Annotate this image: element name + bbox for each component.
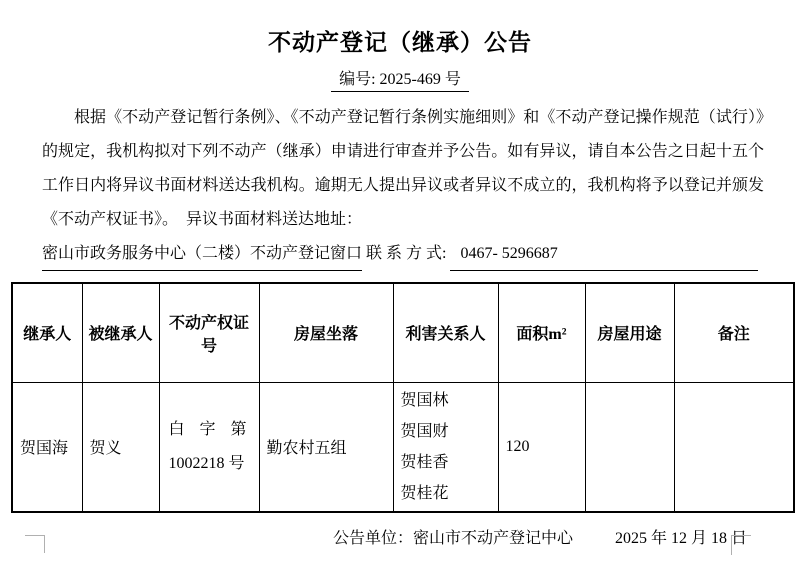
table-row: 贺国海 贺义 白 字 第 1002218 号 勤农村五组 贺国林 贺国财 贺桂香… [12, 382, 794, 512]
cell-interested-parties: 贺国林 贺国财 贺桂香 贺桂花 [393, 382, 498, 512]
cert-no-line2: 1002218 号 [167, 447, 255, 481]
footer-unit-name: 密山市不动产登记中心 [413, 525, 573, 548]
contact-number: 0467- 5296687 [450, 237, 758, 271]
document-page: 不动产登记（继承）公告 编号: 2025-469 号 根据《不动产登记暂行条例》… [0, 24, 800, 548]
cell-usage [585, 382, 674, 512]
address-contact-line: 密山市政务服务中心（二楼）不动产登记窗口 联 系 方 式: 0467- 5296… [42, 237, 758, 271]
announcement-table: 继承人 被继承人 不动产权证号 房屋坐落 利害关系人 面积m² 房屋用途 备注 … [11, 282, 795, 513]
cell-decedent: 贺义 [82, 382, 159, 512]
table-header-row: 继承人 被继承人 不动产权证号 房屋坐落 利害关系人 面积m² 房屋用途 备注 [12, 283, 794, 382]
footer-date: 2025 年 12 月 18 日 [615, 525, 747, 548]
announcement-paragraph: 根据《不动产登记暂行条例》、《不动产登记暂行条例实施细则》和《不动产登记操作规范… [42, 101, 764, 237]
col-header-location: 房屋坐落 [259, 283, 393, 382]
cell-cert-no: 白 字 第 1002218 号 [159, 382, 259, 512]
col-header-remark: 备注 [674, 283, 794, 382]
col-header-cert-no: 不动产权证号 [159, 283, 259, 382]
page-title: 不动产登记（继承）公告 [0, 24, 800, 57]
cell-remark [674, 382, 794, 512]
interested-party: 贺国财 [401, 416, 494, 447]
interested-party: 贺桂香 [401, 447, 494, 478]
cert-no-line1: 白 字 第 [167, 413, 255, 447]
cell-heir: 贺国海 [12, 382, 82, 512]
cell-area: 120 [498, 382, 585, 512]
col-header-usage: 房屋用途 [585, 283, 674, 382]
cell-location: 勤农村五组 [259, 382, 393, 512]
address-text: 密山市政务服务中心（二楼）不动产登记窗口 [42, 237, 362, 271]
doc-number: 编号: 2025-469 号 [331, 66, 469, 92]
col-header-interested-parties: 利害关系人 [393, 283, 498, 382]
col-header-heir: 继承人 [12, 283, 82, 382]
contact-label: 联 系 方 式: [362, 237, 450, 271]
col-header-decedent: 被继承人 [82, 283, 159, 382]
interested-party: 贺国林 [401, 385, 494, 416]
interested-party: 贺桂花 [401, 478, 494, 509]
margin-mark-bottom-left [25, 535, 45, 553]
footer-unit-label: 公告单位： [333, 525, 413, 548]
col-header-area: 面积m² [498, 283, 585, 382]
footer-line: 公告单位： 密山市不动产登记中心 2025 年 12 月 18 日 [0, 525, 800, 548]
doc-number-line: 编号: 2025-469 号 [0, 66, 800, 92]
margin-mark-bottom-right [731, 535, 751, 555]
